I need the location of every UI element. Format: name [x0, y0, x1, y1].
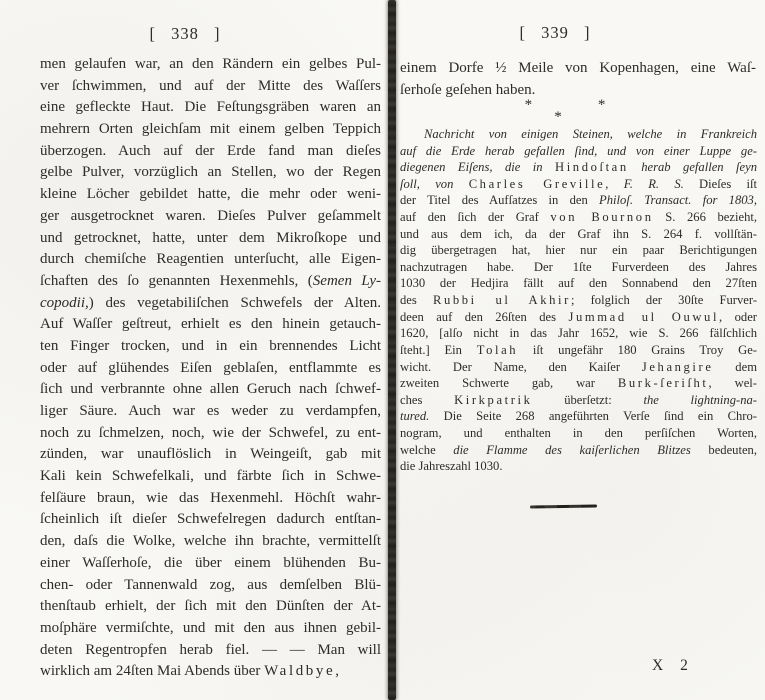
text-segment: ſoll, von [400, 177, 469, 191]
text-segment: the lightning-na- [643, 393, 757, 407]
text-line: ver ſchwimmen, und auf der Mitte des Waſ… [40, 76, 381, 98]
text-segment: ten Finger trocken, und in ein brennende… [40, 338, 381, 354]
text-segment: welche [400, 443, 453, 457]
book-gutter [388, 0, 396, 700]
text-line: dig übergetragen hat, hier nur ein paar … [400, 242, 757, 259]
text-segment: Auf Waſſer geſtreut, erhielt es den hine… [40, 316, 381, 332]
text-segment: und aus dem ich, da der Graf ihn S. 264 … [400, 227, 757, 241]
text-segment: mehrern Orten gleichſam mit einem gelben… [40, 121, 381, 137]
text-line: ten Finger trocken, und in ein brennende… [40, 336, 381, 358]
text-segment: ches [400, 393, 454, 407]
left-page-text: men gelaufen war, an den Rändern ein gel… [40, 54, 381, 683]
text-line: der Titel des Aufſatzes in den Philoſ. T… [400, 192, 757, 209]
text-segment: Burk-ſeriſht [618, 376, 709, 390]
text-segment: , oder [719, 310, 757, 324]
text-line: die Jahreszahl 1030. [400, 458, 757, 475]
text-line: durch chemiſche Reagentien unterſucht, a… [40, 249, 381, 271]
text-line: ger ausgetrocknet waren. Dieſes Pulver g… [40, 206, 381, 228]
page-number-left: [ 338 ] [40, 24, 330, 44]
text-segment: F. R. S. [624, 177, 684, 191]
text-line: kleine Löcher gebildet hatte, die mehr o… [40, 184, 381, 206]
asterisk-divider: * * * [400, 99, 730, 124]
text-line: felſäure braun, wie das Hexenmehl. Höchſ… [40, 488, 381, 510]
text-segment: Nachricht von einigen Steinen, welche in… [424, 127, 757, 141]
text-segment: nachzutragen habe. Der 1ſte Furverdeen d… [400, 260, 757, 274]
text-line: auf den ſich der Graf von Bournon S. 266… [400, 209, 757, 226]
text-segment: , wel- [709, 376, 757, 390]
text-segment: 1030 der Hedjira fällt auf den Sonnabend… [400, 276, 757, 290]
text-segment: Semen Ly- [313, 273, 381, 289]
signature-mark: X 2 [652, 657, 689, 675]
text-line: men gelaufen war, an den Rändern ein gel… [40, 54, 381, 76]
text-segment: ) des vegetabiliſchen Schwefels der Alte… [89, 295, 381, 311]
text-segment: tured. [400, 409, 429, 423]
text-segment: felſäure braun, wie das Hexenmehl. Höchſ… [40, 490, 381, 506]
text-line: copodii,) des vegetabiliſchen Schwefels … [40, 293, 381, 315]
text-segment: Jummad ul Ouwul [568, 310, 719, 324]
text-segment: von Bournon [550, 210, 653, 224]
text-line: ſich und verbrannte ohne allen Geruch na… [40, 379, 381, 401]
text-segment: Dieſes iſt [684, 177, 757, 191]
text-line: 1620, [alſo nicht in das Jahr 1652, wie … [400, 325, 757, 342]
right-page-intro-text: einem Dorfe ½ Meile von Kopenhagen, eine… [400, 58, 756, 101]
text-segment: ger ausgetrocknet waren. Dieſes Pulver g… [40, 208, 381, 224]
text-line: ſcheinlich iſt dieſer Schwefelregen dadu… [40, 509, 381, 531]
text-segment: Hindoſtan [555, 160, 629, 174]
text-line: deten Regentropfen herab fiel. — — Man w… [40, 640, 381, 662]
text-segment: bedeuten, [691, 443, 757, 457]
text-segment: , [335, 663, 339, 679]
text-segment: S. 266 bezieht, [654, 210, 757, 224]
text-segment: nogram, und enthalten in den perſiſchen … [400, 426, 757, 440]
text-line: und getrocknet, hatte, unter dem Mikroſk… [40, 228, 381, 250]
text-segment: die Jahreszahl 1030. [400, 459, 502, 473]
text-segment: copodii, [40, 295, 89, 311]
text-line: und aus dem ich, da der Graf ihn S. 264 … [400, 226, 757, 243]
text-segment: Kali kein Schwefelkali, und färbte ſich … [40, 468, 381, 484]
text-line: ſchaften des ſo genannten Hexenmehls, (S… [40, 271, 381, 293]
page-number-right: [ 339 ] [400, 23, 710, 43]
text-segment: auf den ſich der Graf [400, 210, 550, 224]
text-line: deen auf den 26ſten des Jummad ul Ouwul,… [400, 309, 757, 326]
text-line: welche die Flamme des kaiſerlichen Blitz… [400, 442, 757, 459]
text-segment: dig übergetragen hat, hier nur ein paar … [400, 243, 757, 257]
text-line: ches Kirkpatrik überſetzt: the lightning… [400, 392, 757, 409]
text-line: Auf Waſſer geſtreut, erhielt es den hine… [40, 314, 381, 336]
text-line: tured. Die Seite 268 angeführten Verſe ſ… [400, 408, 757, 425]
text-segment: Rubbi ul Akhir [433, 293, 571, 307]
text-line: moſphäre vermiſchte, und mit den aus ihn… [40, 618, 381, 640]
end-rule [530, 505, 597, 509]
text-line: chen- oder Tannenwald zog, aus demſelben… [40, 575, 381, 597]
text-line: auf die Erde herab gefallen ſind, und vo… [400, 143, 757, 160]
text-segment: dem [714, 360, 757, 374]
text-segment: noch zu ſchmelzen, noch, wie der Schwefe… [40, 425, 381, 441]
text-segment: thenſtaub erhielt, der ſich mit den Dünſ… [40, 598, 381, 614]
text-segment: Charles Greville [469, 177, 606, 191]
text-segment: chen- oder Tannenwald zog, aus demſelben… [40, 577, 381, 593]
text-line: zweiten Schwerte gab, war Burk-ſeriſht, … [400, 375, 757, 392]
text-segment: ver ſchwimmen, und auf der Mitte des Waſ… [40, 78, 381, 94]
text-line: mehrern Orten gleichſam mit einem gelben… [40, 119, 381, 141]
text-segment: Philoſ. Transact. for 1803, [599, 193, 757, 207]
text-segment: liger Säure. Auch war es weder zu verdam… [40, 403, 381, 419]
text-segment: deten Regentropfen herab fiel. — — Man w… [40, 642, 381, 658]
text-segment: diegenen Eiſens, die in [400, 160, 555, 174]
text-segment: den, daſs die Wolke, welche ihn brachte,… [40, 533, 381, 549]
text-segment: men gelaufen war, an den Rändern ein gel… [40, 56, 381, 72]
text-line: thenſtaub erhielt, der ſich mit den Dünſ… [40, 596, 381, 618]
text-segment: zünden, war unauflöslich in Weingeiſt, g… [40, 446, 381, 462]
text-segment: gelbe Pulver, vorzüglich an Stellen, wo … [40, 164, 381, 180]
text-line: ſoll, von Charles Greville, F. R. S. Die… [400, 176, 757, 193]
text-line: einem Dorfe ½ Meile von Kopenhagen, eine… [400, 58, 756, 80]
text-segment: auf die Erde herab gefallen ſind, und vo… [400, 144, 757, 158]
text-line: nachzutragen habe. Der 1ſte Furverdeen d… [400, 259, 757, 276]
text-line: den, daſs die Wolke, welche ihn brachte,… [40, 531, 381, 553]
text-segment: ſerhoſe geſehen haben. [400, 82, 535, 98]
text-line: nogram, und enthalten in den perſiſchen … [400, 425, 757, 442]
text-segment: kleine Löcher gebildet hatte, die mehr o… [40, 186, 381, 202]
text-segment: deen auf den 26ſten des [400, 310, 568, 324]
text-line: einer Waſſerhoſe, die über einem blühend… [40, 553, 381, 575]
text-segment: überſetzt: [533, 393, 644, 407]
text-segment: , [605, 177, 623, 191]
text-line: Nachricht von einigen Steinen, welche in… [400, 126, 757, 143]
text-line: wicht. Der Name, den Kaiſer Jehangire de… [400, 359, 757, 376]
text-line: liger Säure. Auch war es weder zu verdam… [40, 401, 381, 423]
text-segment: herab gefallen ſeyn [629, 160, 757, 174]
text-segment: eine gefleckte Haut. Die Feſtungsgräben … [40, 99, 381, 115]
text-line: ſteht.] Ein Tolah iſt ungefähr 180 Grain… [400, 342, 757, 359]
text-line: 1030 der Hedjira fällt auf den Sonnabend… [400, 275, 757, 292]
text-segment: des [400, 293, 433, 307]
text-segment: der Titel des Aufſatzes in den [400, 193, 599, 207]
text-line: des Rubbi ul Akhir; folglich der 30ſte F… [400, 292, 757, 309]
asterisk-row-bottom: * [386, 111, 730, 124]
text-segment: ; folglich der 30ſte Furver- [571, 293, 757, 307]
text-segment: Waldbye [264, 663, 335, 679]
text-segment: zweiten Schwerte gab, war [400, 376, 618, 390]
text-segment: wirklich am 24ſten Mai Abends über [40, 663, 264, 679]
text-segment: einem Dorfe ½ Meile von Kopenhagen, eine… [400, 60, 756, 76]
text-segment: ſich und verbrannte ohne allen Geruch na… [40, 381, 381, 397]
text-line: oder auf glühendes Eiſen geblaſen, entfl… [40, 358, 381, 380]
text-line: wirklich am 24ſten Mai Abends über Waldb… [40, 661, 381, 683]
text-segment: und getrocknet, hatte, unter dem Mikroſk… [40, 230, 381, 246]
text-segment: durch chemiſche Reagentien unterſucht, a… [40, 251, 381, 267]
text-segment: ſcheinlich iſt dieſer Schwefelregen dadu… [40, 511, 381, 527]
text-segment: Die Seite 268 angeführten Verſe ſind ein… [429, 409, 757, 423]
text-segment: Tolah [477, 343, 519, 357]
text-line: eine gefleckte Haut. Die Feſtungsgräben … [40, 97, 381, 119]
text-segment: die Flamme des kaiſerlichen Blitzes [453, 443, 691, 457]
text-segment: Jehangire [642, 360, 714, 374]
text-line: überzogen. Auch auf der Erde fand man di… [40, 141, 381, 163]
text-segment: oder auf glühendes Eiſen geblaſen, entfl… [40, 360, 381, 376]
right-page-note-text: Nachricht von einigen Steinen, welche in… [400, 126, 757, 475]
text-line: Kali kein Schwefelkali, und färbte ſich … [40, 466, 381, 488]
text-segment: ſchaften des ſo genannten Hexenmehls, ( [40, 273, 313, 289]
text-segment: Kirkpatrik [454, 393, 532, 407]
text-segment: einer Waſſerhoſe, die über einem blühend… [40, 555, 381, 571]
text-line: gelbe Pulver, vorzüglich an Stellen, wo … [40, 162, 381, 184]
text-line: noch zu ſchmelzen, noch, wie der Schwefe… [40, 423, 381, 445]
text-line: diegenen Eiſens, die in Hindoſtan herab … [400, 159, 757, 176]
text-segment: moſphäre vermiſchte, und mit den aus ihn… [40, 620, 381, 636]
text-segment: iſt ungefähr 180 Grains Troy Ge- [518, 343, 757, 357]
text-segment: ſteht.] Ein [400, 343, 477, 357]
text-segment: wicht. Der Name, den Kaiſer [400, 360, 642, 374]
text-segment: 1620, [alſo nicht in das Jahr 1652, wie … [400, 326, 757, 340]
text-line: zünden, war unauflöslich in Weingeiſt, g… [40, 444, 381, 466]
text-segment: überzogen. Auch auf der Erde fand man di… [40, 143, 381, 159]
